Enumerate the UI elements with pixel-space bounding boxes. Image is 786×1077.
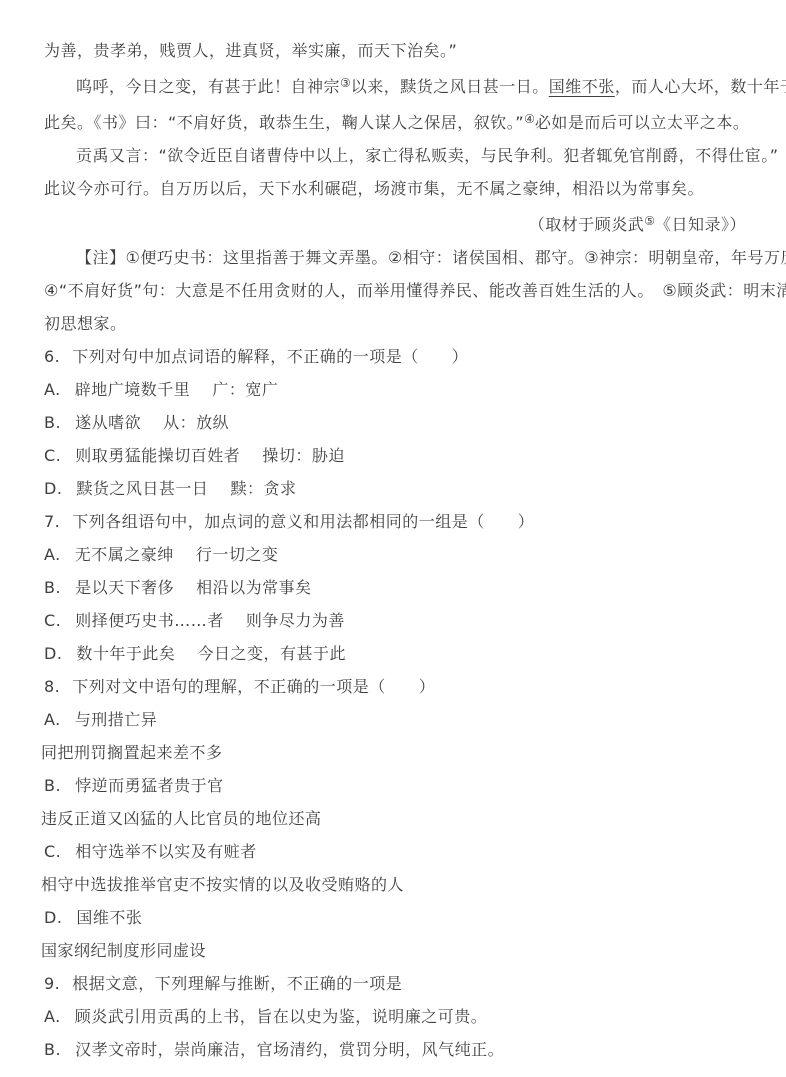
question-stem-text: 下列各组语句中，加点词的意义和用法都相同的一组是（ ） bbox=[72, 512, 534, 531]
question-7-option-a: A.无不属之豪绅 行一切之变 bbox=[44, 538, 746, 571]
question-8-option-b-explanation: 违反正道又凶猛的人比官员的地位还高 bbox=[41, 802, 746, 835]
option-label: C. bbox=[44, 842, 61, 861]
option-text: 则择便巧史书……者 则争尽力为善 bbox=[75, 611, 345, 630]
question-7-option-c: C.则择便巧史书……者 则争尽力为善 bbox=[44, 604, 746, 637]
text-run: 《日知录》） bbox=[655, 215, 746, 234]
question-8-option-c: C.相守选举不以实及有赃者 bbox=[44, 835, 746, 868]
text-run: 此议今亦可行。自万历以后，天下水利碾硙，场渡市集，无不属之豪绅，相沿以为常事矣。 bbox=[44, 179, 704, 198]
option-label: D. bbox=[44, 908, 62, 927]
question-6-option-b: B.遂从嗜欲 从：放纵 bbox=[44, 406, 746, 439]
option-label: C. bbox=[44, 611, 61, 630]
option-label: B. bbox=[44, 1040, 61, 1059]
passage-line: 为善，贵孝弟，贱贾人，进真贤，举实廉，而天下治矣。” bbox=[44, 34, 746, 67]
text-run: ，而人心大坏，数十年于 bbox=[615, 77, 786, 96]
question-9-option-a: A.顾炎武引用贡禹的上书，旨在以史为鉴，说明廉之可贵。 bbox=[44, 1000, 746, 1033]
text-run: 为善，贵孝弟，贱贾人，进真贤，举实廉，而天下治矣。” bbox=[44, 41, 457, 60]
question-8-option-d: D.国维不张 bbox=[44, 901, 746, 934]
option-label: A. bbox=[44, 710, 61, 729]
question-number: 7. bbox=[44, 512, 60, 531]
question-7-option-b: B.是以天下奢侈 相沿以为常事矣 bbox=[44, 571, 746, 604]
question-number: 6. bbox=[44, 347, 60, 366]
option-label: C. bbox=[44, 446, 61, 465]
question-7-stem: 7.下列各组语句中，加点词的意义和用法都相同的一组是（ ） bbox=[44, 505, 746, 538]
text-run: 呜呼，今日之变，有甚于此！自神宗 bbox=[76, 77, 340, 96]
option-label: B. bbox=[44, 413, 61, 432]
question-6-option-a: A.辟地广境数千里 广：宽广 bbox=[44, 373, 746, 406]
passage-line: 呜呼，今日之变，有甚于此！自神宗③以来，黩货之风日甚一日。国维不张，而人心大坏，… bbox=[44, 67, 746, 103]
question-8-option-a: A.与刑措亡异 bbox=[44, 703, 746, 736]
question-9-option-b: B.汉孝文帝时，崇尚廉洁，官场清约，赏罚分明，风气纯正。 bbox=[44, 1033, 746, 1066]
passage-line: 此矣。《书》曰：“不肩好货，敢恭生生，鞠人谋人之保居，叙钦。”④必如是而后可以立… bbox=[44, 103, 746, 139]
question-number: 8. bbox=[44, 677, 60, 696]
question-8-option-b: B.悖逆而勇猛者贵于官 bbox=[44, 769, 746, 802]
option-label: A. bbox=[44, 545, 61, 564]
question-8-stem: 8.下列对文中语句的理解，不正确的一项是（ ） bbox=[44, 670, 746, 703]
text-run: 必如是而后可以立太平之本。 bbox=[535, 113, 750, 132]
question-6-stem: 6.下列对句中加点词语的解释，不正确的一项是（ ） bbox=[44, 340, 746, 373]
option-text: 与刑措亡异 bbox=[75, 710, 158, 729]
underlined-phrase: 国维不张 bbox=[549, 77, 615, 96]
text-run: 贡禹又言：“欲令近臣自诸曹侍中以上，家亡得私贩卖，与民争利。犯者辄免官削爵，不得… bbox=[76, 146, 779, 165]
question-8-option-d-explanation: 国家纲纪制度形同虚设 bbox=[41, 934, 746, 967]
note-reference-superscript: ④ bbox=[524, 112, 535, 126]
question-stem-text: 根据文意，下列理解与推断，不正确的一项是 bbox=[72, 974, 402, 993]
passage-line: 此议今亦可行。自万历以后，天下水利碾硙，场渡市集，无不属之豪绅，相沿以为常事矣。 bbox=[44, 172, 746, 205]
option-label: D. bbox=[44, 644, 62, 663]
note-reference-superscript: ⑤ bbox=[644, 214, 655, 228]
option-text: 遂从嗜欲 从：放纵 bbox=[75, 413, 229, 432]
text-run: ④“不肩好货”句：大意是不任用贪财的人，而举用懂得养民、能改善百姓生活的人。 ⑤… bbox=[44, 281, 786, 300]
text-run: 初思想家。 bbox=[44, 314, 127, 333]
text-run: 【注】①便巧史书：这里指善于舞文弄墨。②相守：诸侯国相、郡守。③神宗：明朝皇帝，… bbox=[76, 248, 786, 267]
notes-line: 【注】①便巧史书：这里指善于舞文弄墨。②相守：诸侯国相、郡守。③神宗：明朝皇帝，… bbox=[44, 241, 746, 274]
passage-line: 贡禹又言：“欲令近臣自诸曹侍中以上，家亡得私贩卖，与民争利。犯者辄免官削爵，不得… bbox=[44, 139, 746, 172]
option-text: 国维不张 bbox=[76, 908, 142, 927]
question-8-option-c-explanation: 相守中选拔推举官吏不按实情的以及收受贿赂的人 bbox=[41, 868, 746, 901]
question-6-option-d: D.黩货之风日甚一日 黩：贪求 bbox=[44, 472, 746, 505]
option-text: 则取勇猛能操切百姓者 操切：胁迫 bbox=[75, 446, 345, 465]
option-label: D. bbox=[44, 479, 62, 498]
note-reference-superscript: ③ bbox=[340, 76, 351, 90]
option-label: A. bbox=[44, 380, 61, 399]
notes-line: 初思想家。 bbox=[44, 307, 746, 340]
question-8: 8.下列对文中语句的理解，不正确的一项是（ ） A.与刑措亡异 同把刑罚搁置起来… bbox=[44, 670, 746, 967]
question-9: 9.根据文意，下列理解与推断，不正确的一项是 A.顾炎武引用贡禹的上书，旨在以史… bbox=[44, 967, 746, 1066]
question-number: 9. bbox=[44, 974, 60, 993]
option-label: B. bbox=[44, 578, 61, 597]
question-6-option-c: C.则取勇猛能操切百姓者 操切：胁迫 bbox=[44, 439, 746, 472]
option-label: B. bbox=[44, 776, 61, 795]
question-7: 7.下列各组语句中，加点词的意义和用法都相同的一组是（ ） A.无不属之豪绅 行… bbox=[44, 505, 746, 670]
question-9-stem: 9.根据文意，下列理解与推断，不正确的一项是 bbox=[44, 967, 746, 1000]
passage-source: （取材于顾炎武⑤《日知录》） bbox=[44, 205, 746, 241]
option-text: 顾炎武引用贡禹的上书，旨在以史为鉴，说明廉之可贵。 bbox=[75, 1007, 488, 1026]
option-text: 是以天下奢侈 相沿以为常事矣 bbox=[75, 578, 312, 597]
exam-document-page: 为善，贵孝弟，贱贾人，进真贤，举实廉，而天下治矣。” 呜呼，今日之变，有甚于此！… bbox=[0, 0, 786, 1066]
question-8-option-a-explanation: 同把刑罚搁置起来差不多 bbox=[41, 736, 746, 769]
option-text: 数十年于此矣 今日之变，有甚于此 bbox=[76, 644, 346, 663]
option-text: 黩货之风日甚一日 黩：贪求 bbox=[76, 479, 296, 498]
option-text: 汉孝文帝时，崇尚廉洁，官场清约，赏罚分明，风气纯正。 bbox=[75, 1040, 504, 1059]
question-6: 6.下列对句中加点词语的解释，不正确的一项是（ ） A.辟地广境数千里 广：宽广… bbox=[44, 340, 746, 505]
option-label: A. bbox=[44, 1007, 61, 1026]
text-run: （取材于顾炎武 bbox=[529, 215, 645, 234]
option-text: 无不属之豪绅 行一切之变 bbox=[75, 545, 279, 564]
option-text: 相守选举不以实及有赃者 bbox=[75, 842, 257, 861]
option-text: 悖逆而勇猛者贵于官 bbox=[75, 776, 224, 795]
question-stem-text: 下列对文中语句的理解，不正确的一项是（ ） bbox=[72, 677, 435, 696]
text-run: 此矣。《书》曰：“不肩好货，敢恭生生，鞠人谋人之保居，叙钦。” bbox=[44, 113, 524, 132]
question-stem-text: 下列对句中加点词语的解释，不正确的一项是（ ） bbox=[72, 347, 468, 366]
text-run: 以来，黩货之风日甚一日。 bbox=[351, 77, 549, 96]
notes-line: ④“不肩好货”句：大意是不任用贪财的人，而举用懂得养民、能改善百姓生活的人。 ⑤… bbox=[44, 274, 746, 307]
question-7-option-d: D.数十年于此矣 今日之变，有甚于此 bbox=[44, 637, 746, 670]
option-text: 辟地广境数千里 广：宽广 bbox=[75, 380, 279, 399]
